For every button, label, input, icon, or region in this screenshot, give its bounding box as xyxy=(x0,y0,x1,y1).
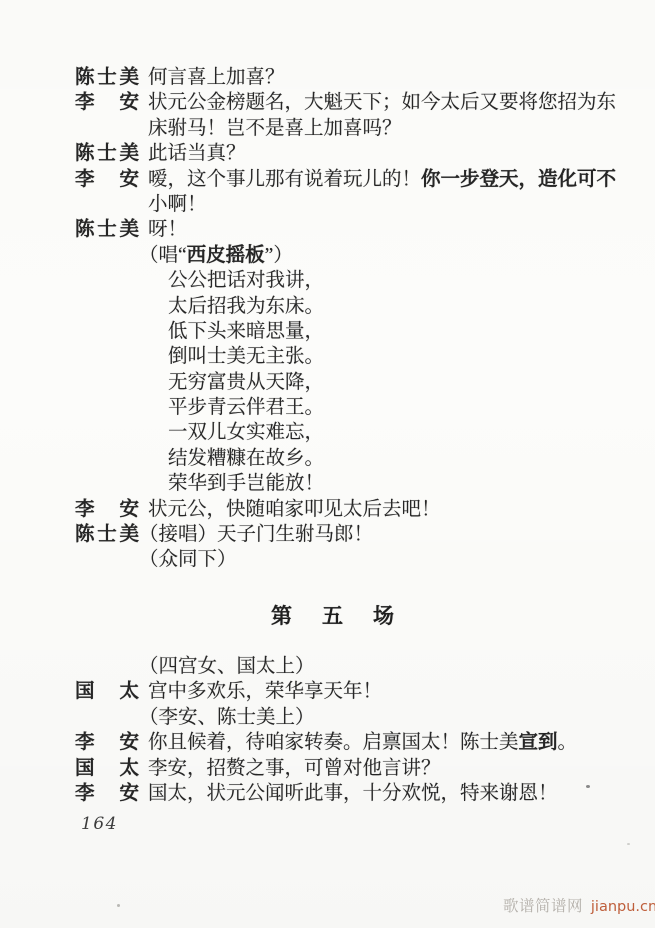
line-text: 嗳，这个事儿那有说着玩儿的！你一步登天，造化可不 xyxy=(139,167,616,193)
line-text: （四宫女、国太上） xyxy=(139,654,315,680)
script-line: 李安状元公，快随咱家叩见太后去吧！ xyxy=(75,497,631,522)
line-text: 李安，招赘之事，可曾对他言讲？ xyxy=(139,756,441,782)
script-line: 平步青云伴君王。 xyxy=(75,395,631,420)
plain-text: 此话当真？ xyxy=(148,143,246,164)
script-line: 国太李安，招赘之事，可曾对他言讲？ xyxy=(75,756,631,781)
lyric-line-text: 平步青云伴君王。 xyxy=(139,395,324,421)
speaker-name: 陈士美 xyxy=(75,522,139,548)
plain-text: （唱“ xyxy=(139,245,187,266)
speaker-name: 李安 xyxy=(75,730,139,756)
speaker-name: 陈士美 xyxy=(75,141,139,167)
lyric-line-text: 荣华到手岂能放！ xyxy=(139,471,324,497)
script-line: 李安你且候着，待咱家转奏。启禀国太！陈士美宣到。 xyxy=(75,730,631,755)
plain-text: 平步青云伴君王。 xyxy=(168,397,324,418)
scene-heading: 第五场 xyxy=(20,604,655,630)
script-line: 低下头来暗思量， xyxy=(75,319,631,344)
plain-text: 宫中多欢乐，荣华享天年！ xyxy=(148,681,382,702)
page-number: 164 xyxy=(81,814,118,834)
script-line: （唱“西皮摇板”） xyxy=(75,243,631,268)
plain-text: 公公把话对我讲， xyxy=(168,270,324,291)
script-line: 陈士美呀！ xyxy=(75,217,631,242)
plain-text: 呀！ xyxy=(148,219,187,240)
plain-text: 李安，招赘之事，可曾对他言讲？ xyxy=(148,758,441,779)
line-text: （接唱）天子门生驸马郎！ xyxy=(139,522,373,548)
watermark: 歌谱简谱网 jianpu.cn xyxy=(503,898,655,916)
speaker-name: 国太 xyxy=(75,756,139,782)
plain-text: 何言喜上加喜？ xyxy=(148,67,285,88)
plain-text: 一双儿女实难忘， xyxy=(168,422,324,443)
lyric-line-text: 太后招我为东床。 xyxy=(139,294,324,320)
plain-text: 无穷富贵从天降， xyxy=(168,372,324,393)
line-text: 此话当真？ xyxy=(139,141,246,167)
scan-speck xyxy=(117,904,120,907)
script-line: （四宫女、国太上） xyxy=(75,654,631,679)
plain-text: 倒叫士美无主张。 xyxy=(168,346,324,367)
script-line: 国太宫中多欢乐，荣华享天年！ xyxy=(75,679,631,704)
plain-text: 太后招我为东床。 xyxy=(168,296,324,317)
script-line: 荣华到手岂能放！ xyxy=(75,471,631,496)
scan-speck xyxy=(586,785,590,788)
line-text: 宫中多欢乐，荣华享天年！ xyxy=(139,679,382,705)
plain-text: （四宫女、国太上） xyxy=(139,656,315,677)
speaker-name: 陈士美 xyxy=(75,65,139,91)
line-text: 床驸马！岂不是喜上加喜吗？ xyxy=(139,116,402,142)
plain-text: 嗳，这个事儿那有说着玩儿的！ xyxy=(148,169,421,190)
plain-text: 你且候着，待咱家转奏。启禀国太！陈士美 xyxy=(148,732,519,753)
script-line: 陈士美（接唱）天子门生驸马郎！ xyxy=(75,522,631,547)
plain-text: 小啊！ xyxy=(148,194,207,215)
lyric-line-text: 公公把话对我讲， xyxy=(139,268,324,294)
plain-text: 结发糟糠在故乡。 xyxy=(168,448,324,469)
script-line: 陈士美此话当真？ xyxy=(75,141,631,166)
emphasized-text: 西皮摇板 xyxy=(187,245,265,266)
plain-text: （李安、陈士美上） xyxy=(139,707,315,728)
script-line: 一双儿女实难忘， xyxy=(75,420,631,445)
script-line: 无穷富贵从天降， xyxy=(75,370,631,395)
line-text: 国太，状元公闻听此事，十分欢悦，特来谢恩！ xyxy=(139,781,558,807)
speaker-name: 李安 xyxy=(75,167,139,193)
line-text: 小啊！ xyxy=(139,192,207,218)
script-line: 床驸马！岂不是喜上加喜吗？ xyxy=(75,116,631,141)
script-line: （众同下） xyxy=(75,547,631,572)
speaker-name: 李安 xyxy=(75,90,139,116)
plain-text: ”） xyxy=(265,245,293,266)
plain-text: 荣华到手岂能放！ xyxy=(168,473,324,494)
script-line: （李安、陈士美上） xyxy=(75,705,631,730)
lyric-line-text: 结发糟糠在故乡。 xyxy=(139,446,324,472)
script-line: 李安嗳，这个事儿那有说着玩儿的！你一步登天，造化可不 xyxy=(75,167,631,192)
plain-text: 低下头来暗思量， xyxy=(168,321,324,342)
plain-text: （接唱）天子门生驸马郎！ xyxy=(139,524,373,545)
plain-text: 状元公金榜题名，大魁天下；如今太后又要将您招为东 xyxy=(148,92,616,113)
speaker-name: 国太 xyxy=(75,679,139,705)
script-line: 李安国太，状元公闻听此事，十分欢悦，特来谢恩！ xyxy=(75,781,631,806)
emphasized-text: 宣到 xyxy=(519,732,558,753)
scene-four-dialogue-block: 陈士美何言喜上加喜？李安状元公金榜题名，大魁天下；如今太后又要将您招为东床驸马！… xyxy=(75,65,631,573)
script-line: 结发糟糠在故乡。 xyxy=(75,446,631,471)
emphasized-text: 你一步登天，造化可不 xyxy=(421,169,616,190)
line-text: 状元公，快随咱家叩见太后去吧！ xyxy=(139,497,441,523)
plain-text: （众同下） xyxy=(139,549,237,570)
line-text: （李安、陈士美上） xyxy=(139,705,315,731)
plain-text: 国太，状元公闻听此事，十分欢悦，特来谢恩！ xyxy=(148,783,558,804)
script-line: 公公把话对我讲， xyxy=(75,268,631,293)
line-text: 你且候着，待咱家转奏。启禀国太！陈士美宣到。 xyxy=(139,730,577,756)
plain-text: 床驸马！岂不是喜上加喜吗？ xyxy=(148,118,402,139)
line-text: （众同下） xyxy=(139,547,237,573)
plain-text: 状元公，快随咱家叩见太后去吧！ xyxy=(148,499,441,520)
line-text: 何言喜上加喜？ xyxy=(139,65,285,91)
line-text: （唱“西皮摇板”） xyxy=(139,243,293,269)
speaker-name: 李安 xyxy=(75,781,139,807)
speaker-name: 李安 xyxy=(75,497,139,523)
line-text: 状元公金榜题名，大魁天下；如今太后又要将您招为东 xyxy=(139,90,616,116)
script-line: 太后招我为东床。 xyxy=(75,294,631,319)
script-line: 陈士美何言喜上加喜？ xyxy=(75,65,631,90)
scene-five-dialogue-block: （四宫女、国太上）国太宫中多欢乐，荣华享天年！（李安、陈士美上）李安你且候着，待… xyxy=(75,654,631,806)
lyric-line-text: 无穷富贵从天降， xyxy=(139,370,324,396)
script-line: 李安状元公金榜题名，大魁天下；如今太后又要将您招为东 xyxy=(75,90,631,115)
watermark-site-url: jianpu.cn xyxy=(591,899,655,915)
script-line: 小啊！ xyxy=(75,192,631,217)
plain-text: 。 xyxy=(558,732,578,753)
lyric-line-text: 低下头来暗思量， xyxy=(139,319,324,345)
lyric-line-text: 倒叫士美无主张。 xyxy=(139,344,324,370)
lyric-line-text: 一双儿女实难忘， xyxy=(139,420,324,446)
script-line: 倒叫士美无主张。 xyxy=(75,344,631,369)
speaker-name: 陈士美 xyxy=(75,217,139,243)
watermark-site-name: 歌谱简谱网 xyxy=(503,898,583,915)
line-text: 呀！ xyxy=(139,217,187,243)
scanned-script-page: 陈士美何言喜上加喜？李安状元公金榜题名，大魁天下；如今太后又要将您招为东床驸马！… xyxy=(0,0,655,928)
scan-speck xyxy=(627,843,630,845)
